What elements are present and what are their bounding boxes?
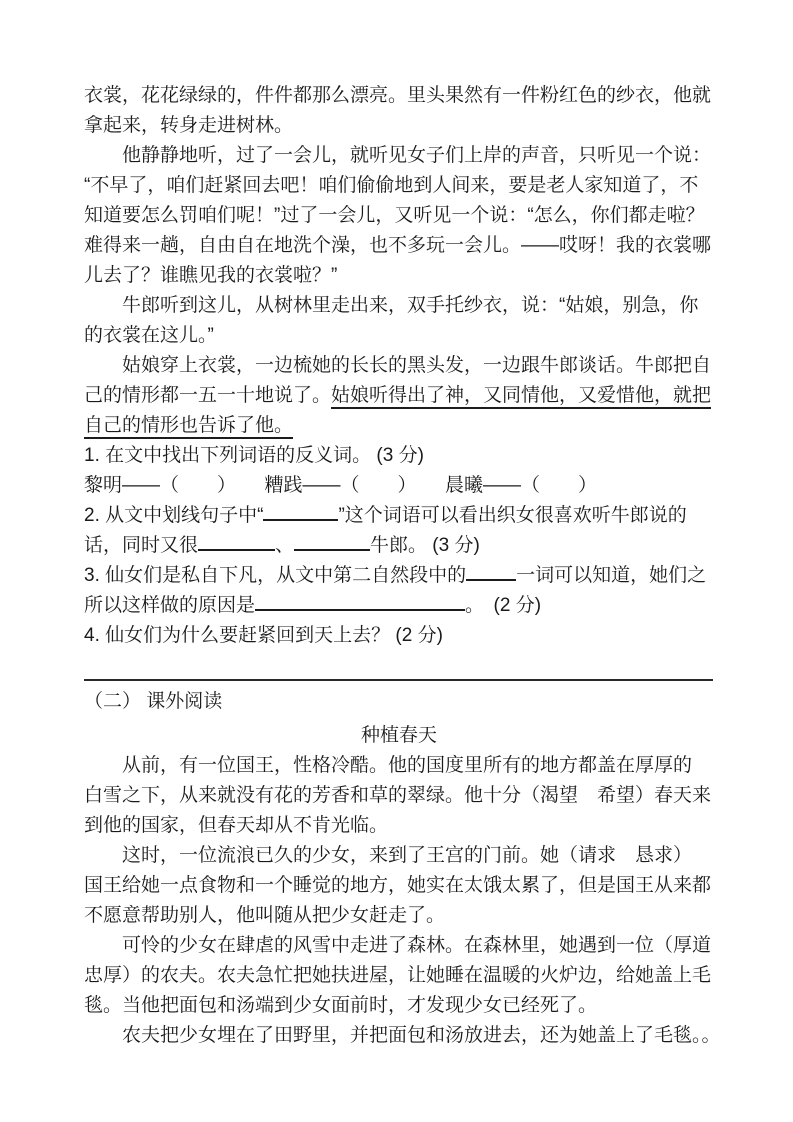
passage-line-6: 难得来一趟，自由自在地洗个澡，也不多玩一会儿。——哎呀！我的衣裳哪	[84, 231, 714, 261]
passage-line-4: “不早了，咱们赶紧回去吧！咱们偷偷地到人间来，要是老人家知道了，不	[84, 171, 714, 201]
passage-line-8: 牛郎听到这儿，从树林里走出来，双手托纱衣，说：“姑娘，别急，你	[84, 291, 714, 321]
question-3-line-2: 所以这样做的原因是。 (2 分)	[84, 591, 714, 621]
question-3-text-pre: 3. 仙女们是私自下凡，从文中第二自然段中的	[84, 565, 466, 586]
question-3-text-post2: 。 (2 分)	[465, 595, 541, 616]
question-1-text: 1. 在文中找出下列词语的反义词。 (3 分)	[84, 441, 714, 471]
passage2-line-2: 白雪之下，从来就没有花的芳香和草的翠绿。他十分（渴望 希望）春天来	[84, 781, 714, 811]
question-4-text: 4. 仙女们为什么要赶紧回到天上去？ (2 分)	[84, 621, 714, 651]
passage-line-11: 己的情形都一五一十地说了。姑娘听得出了神，又同情他，又爱惜他，就把	[84, 381, 714, 411]
fill-blank-q2-b	[294, 531, 370, 551]
passage2-line-5: 国王给她一点食物和一个睡觉的地方，她实在太饿太累了，但是国王从来都	[84, 871, 714, 901]
question-2-text-pre2: 话，同时又很	[84, 535, 198, 556]
passage-line-5: 知道要怎么罚咱们呢！”过了一会儿，又听见一个说：“怎么，你们都走啦？	[84, 201, 714, 231]
question-3-line-1: 3. 仙女们是私自下凡，从文中第二自然段中的一词可以知道，她们之	[84, 561, 714, 591]
passage-line-3: 他静静地听，过了一会儿，就听见女子们上岸的声音，只听见一个说：	[84, 141, 714, 171]
section-divider	[84, 679, 713, 681]
passage2-line-9: 毯。当他把面包和汤端到少女面前时，才发现少女已经死了。	[84, 991, 714, 1021]
passage2-line-4: 这时，一位流浪已久的少女，来到了王宫的门前。她（请求 恳求）	[84, 841, 714, 871]
passage-line-1: 衣裳，花花绿绿的，件件都那么漂亮。里头果然有一件粉红色的纱衣，他就	[84, 81, 714, 111]
fill-blank-q2-word	[263, 501, 338, 521]
question-block: 1. 在文中找出下列词语的反义词。 (3 分) 黎明——（ ） 糟践——（ ） …	[84, 441, 714, 651]
passage-line-12: 自己的情形也告诉了他。	[84, 411, 714, 441]
question-2-line-2: 话，同时又很、牛郎。 (3 分)	[84, 531, 714, 561]
passage2-line-8: 忠厚）的农夫。农夫急忙把她扶进屋，让她睡在温暖的火炉边，给她盖上毛	[84, 961, 714, 991]
passage-line-7: 儿去了？谁瞧见我的衣裳啦？”	[84, 261, 714, 291]
underlined-sentence-part-1: 姑娘听得出了神，又同情他，又爱惜他，就把	[331, 385, 711, 409]
page-content: 衣裳，花花绿绿的，件件都那么漂亮。里头果然有一件粉红色的纱衣，他就 拿起来，转身…	[84, 81, 714, 1051]
question-2-line-1: 2. 从文中划线句子中“”这个词语可以看出织女很喜欢听牛郎说的	[84, 501, 714, 531]
passage2-line-1: 从前，有一位国王，性格冷酷。他的国度里所有的地方都盖在厚厚的	[84, 751, 714, 781]
section-2-heading: （二） 课外阅读	[84, 687, 714, 717]
passage-cowherd-weaver: 衣裳，花花绿绿的，件件都那么漂亮。里头果然有一件粉红色的纱衣，他就 拿起来，转身…	[84, 81, 714, 441]
question-1-answer-row: 黎明——（ ） 糟践——（ ） 晨曦——（ ）	[84, 471, 714, 501]
question-2-text-mid: 、	[275, 535, 294, 556]
question-2-text-post2: 牛郎。 (3 分)	[370, 535, 480, 556]
reading-title: 种植春天	[84, 721, 714, 751]
passage2-line-10: 农夫把少女埋在了田野里，并把面包和汤放进去，还为她盖上了毛毯。。	[84, 1021, 714, 1051]
question-3-text-post: 一词可以知道，她们之	[516, 565, 706, 586]
fill-blank-q3-reason	[255, 591, 465, 611]
question-2-text-pre: 2. 从文中划线句子中“	[84, 505, 263, 526]
fill-blank-q3-word	[466, 561, 516, 581]
passage2-line-6: 不愿意帮助别人，他叫随从把少女赶走了。	[84, 901, 714, 931]
passage-line-9: 的衣裳在这儿。”	[84, 321, 714, 351]
exam-scan-page: 衣裳，花花绿绿的，件件都那么漂亮。里头果然有一件粉红色的纱衣，他就 拿起来，转身…	[0, 0, 793, 1122]
passage2-line-7: 可怜的少女在肆虐的风雪中走进了森林。在森林里，她遇到一位（厚道	[84, 931, 714, 961]
fill-blank-q2-a	[198, 531, 275, 551]
question-3-text-pre2: 所以这样做的原因是	[84, 595, 255, 616]
passage-line-10: 姑娘穿上衣裳，一边梳她的长长的黑头发，一边跟牛郎谈话。牛郎把自	[84, 351, 714, 381]
underlined-sentence-part-2: 自己的情形也告诉了他。	[84, 415, 293, 439]
passage-line-2: 拿起来，转身走进树林。	[84, 111, 714, 141]
passage2-line-3: 到他的国家，但春天却从不肯光临。	[84, 811, 714, 841]
section-2-extracurricular-reading: （二） 课外阅读 种植春天 从前，有一位国王，性格冷酷。他的国度里所有的地方都盖…	[84, 687, 714, 1051]
passage-line-11-plain: 己的情形都一五一十地说了。	[84, 385, 331, 406]
question-2-text-post: ”这个词语可以看出织女很喜欢听牛郎说的	[338, 505, 686, 526]
